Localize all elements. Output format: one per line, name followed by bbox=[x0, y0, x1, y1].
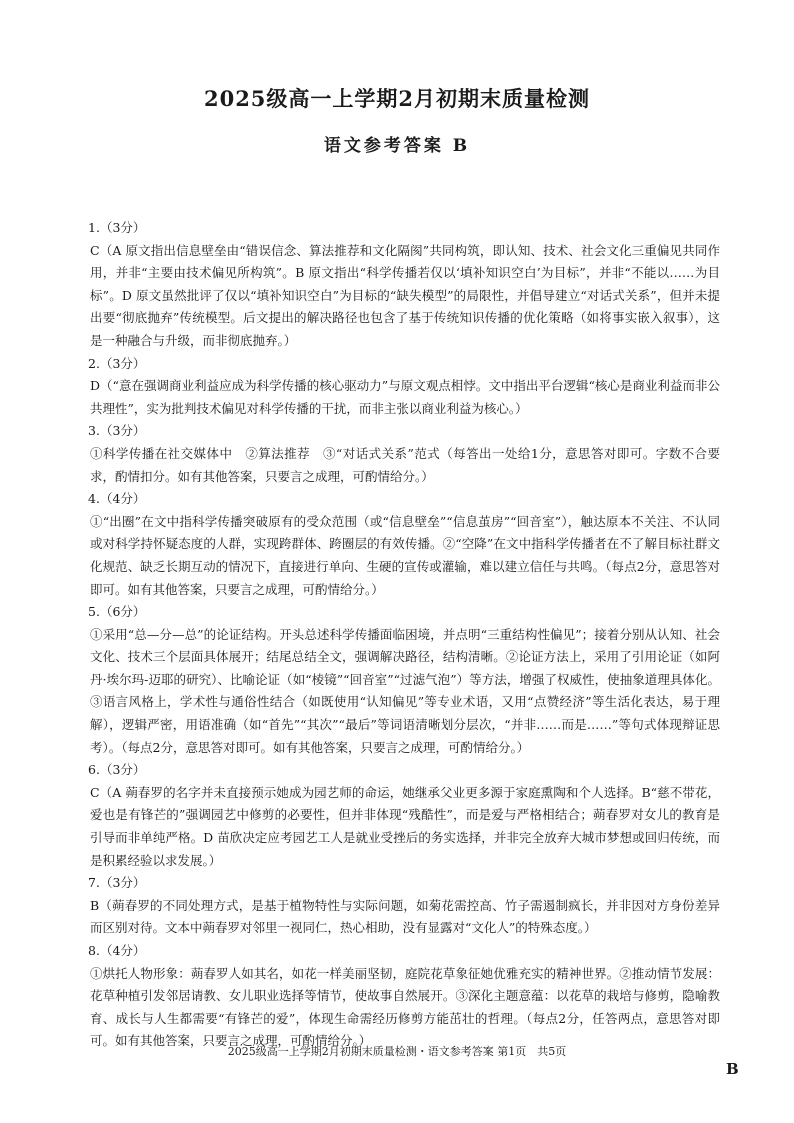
question-6: 6.（3分） C（A 蒴春罗的名字并未直接预示她成为园艺师的命运，她继承父业更多… bbox=[88, 759, 720, 872]
document-subtitle: 语文参考答案 B bbox=[0, 131, 794, 156]
question-8: 8.（4分） ①烘托人物形象：蒴春罗人如其名，如花一样美丽坚韧，庭院花草象征她优… bbox=[88, 940, 720, 1053]
document-title: 2025级高一上学期2月初期末质量检测 bbox=[0, 83, 794, 113]
page-footer: 2025级高一上学期2月初期末质量检测・语文参考答案 第1页 共5页 bbox=[0, 1043, 794, 1059]
question-number: 4. bbox=[88, 491, 100, 506]
question-header: 6.（3分） bbox=[88, 759, 720, 782]
question-header: 1.（3分） bbox=[88, 217, 720, 240]
answer-list: 1.（3分） C（A 原文指出信息壁垒由“错误信念、算法推荐和文化隔阂”共同构筑… bbox=[88, 217, 720, 1053]
question-answer: D（“意在强调商业利益应成为科学传播的核心驱动力”与原文观点相悖。文中指出平台逻… bbox=[90, 375, 720, 420]
question-score: （3分） bbox=[100, 356, 145, 371]
question-score: （3分） bbox=[100, 762, 145, 777]
question-answer: ①采用“总—分—总”的论证结构。开头总述科学传播面临困境，并点明“三重结构性偏见… bbox=[90, 624, 720, 760]
question-header: 7.（3分） bbox=[88, 872, 720, 895]
question-score: （6分） bbox=[100, 604, 145, 619]
question-4: 4.（4分） ①“出圈”在文中指科学传播突破原有的受众范围（或“信息壁垒”“信息… bbox=[88, 488, 720, 601]
question-answer: C（A 原文指出信息壁垒由“错误信念、算法推荐和文化隔阂”共同构筑，即认知、技术… bbox=[90, 240, 720, 353]
question-number: 8. bbox=[88, 943, 100, 958]
question-header: 8.（4分） bbox=[88, 940, 720, 963]
question-header: 2.（3分） bbox=[88, 353, 720, 376]
question-3: 3.（3分） ①科学传播在社交媒体中 ②算法推荐 ③“对话式关系”范式（每答出一… bbox=[88, 420, 720, 488]
question-header: 5.（6分） bbox=[88, 601, 720, 624]
question-answer: B（蒴春罗的不同处理方式，是基于植物特性与实际问题，如菊花需控高、竹子需遏制疯长… bbox=[90, 895, 720, 940]
version-mark: B bbox=[726, 1060, 739, 1078]
question-score: （3分） bbox=[100, 220, 145, 235]
question-number: 1. bbox=[88, 220, 100, 235]
question-number: 7. bbox=[88, 875, 100, 890]
question-answer: C（A 蒴春罗的名字并未直接预示她成为园艺师的命运，她继承父业更多源于家庭熏陶和… bbox=[90, 782, 720, 872]
question-1: 1.（3分） C（A 原文指出信息壁垒由“错误信念、算法推荐和文化隔阂”共同构筑… bbox=[88, 217, 720, 353]
question-header: 3.（3分） bbox=[88, 420, 720, 443]
question-score: （4分） bbox=[100, 491, 145, 506]
question-number: 2. bbox=[88, 356, 100, 371]
question-number: 6. bbox=[88, 762, 100, 777]
question-5: 5.（6分） ①采用“总—分—总”的论证结构。开头总述科学传播面临困境，并点明“… bbox=[88, 601, 720, 759]
question-score: （4分） bbox=[100, 943, 145, 958]
question-7: 7.（3分） B（蒴春罗的不同处理方式，是基于植物特性与实际问题，如菊花需控高、… bbox=[88, 872, 720, 940]
question-answer: ①烘托人物形象：蒴春罗人如其名，如花一样美丽坚韧，庭院花草象征她优雅充实的精神世… bbox=[90, 963, 720, 1053]
question-score: （3分） bbox=[100, 875, 145, 890]
question-answer: ①“出圈”在文中指科学传播突破原有的受众范围（或“信息壁垒”“信息茧房”“回音室… bbox=[90, 511, 720, 601]
question-number: 5. bbox=[88, 604, 100, 619]
question-score: （3分） bbox=[100, 423, 145, 438]
question-2: 2.（3分） D（“意在强调商业利益应成为科学传播的核心驱动力”与原文观点相悖。… bbox=[88, 353, 720, 421]
question-answer: ①科学传播在社交媒体中 ②算法推荐 ③“对话式关系”范式（每答出一处给1分，意思… bbox=[90, 443, 720, 488]
question-number: 3. bbox=[88, 423, 100, 438]
question-header: 4.（4分） bbox=[88, 488, 720, 511]
